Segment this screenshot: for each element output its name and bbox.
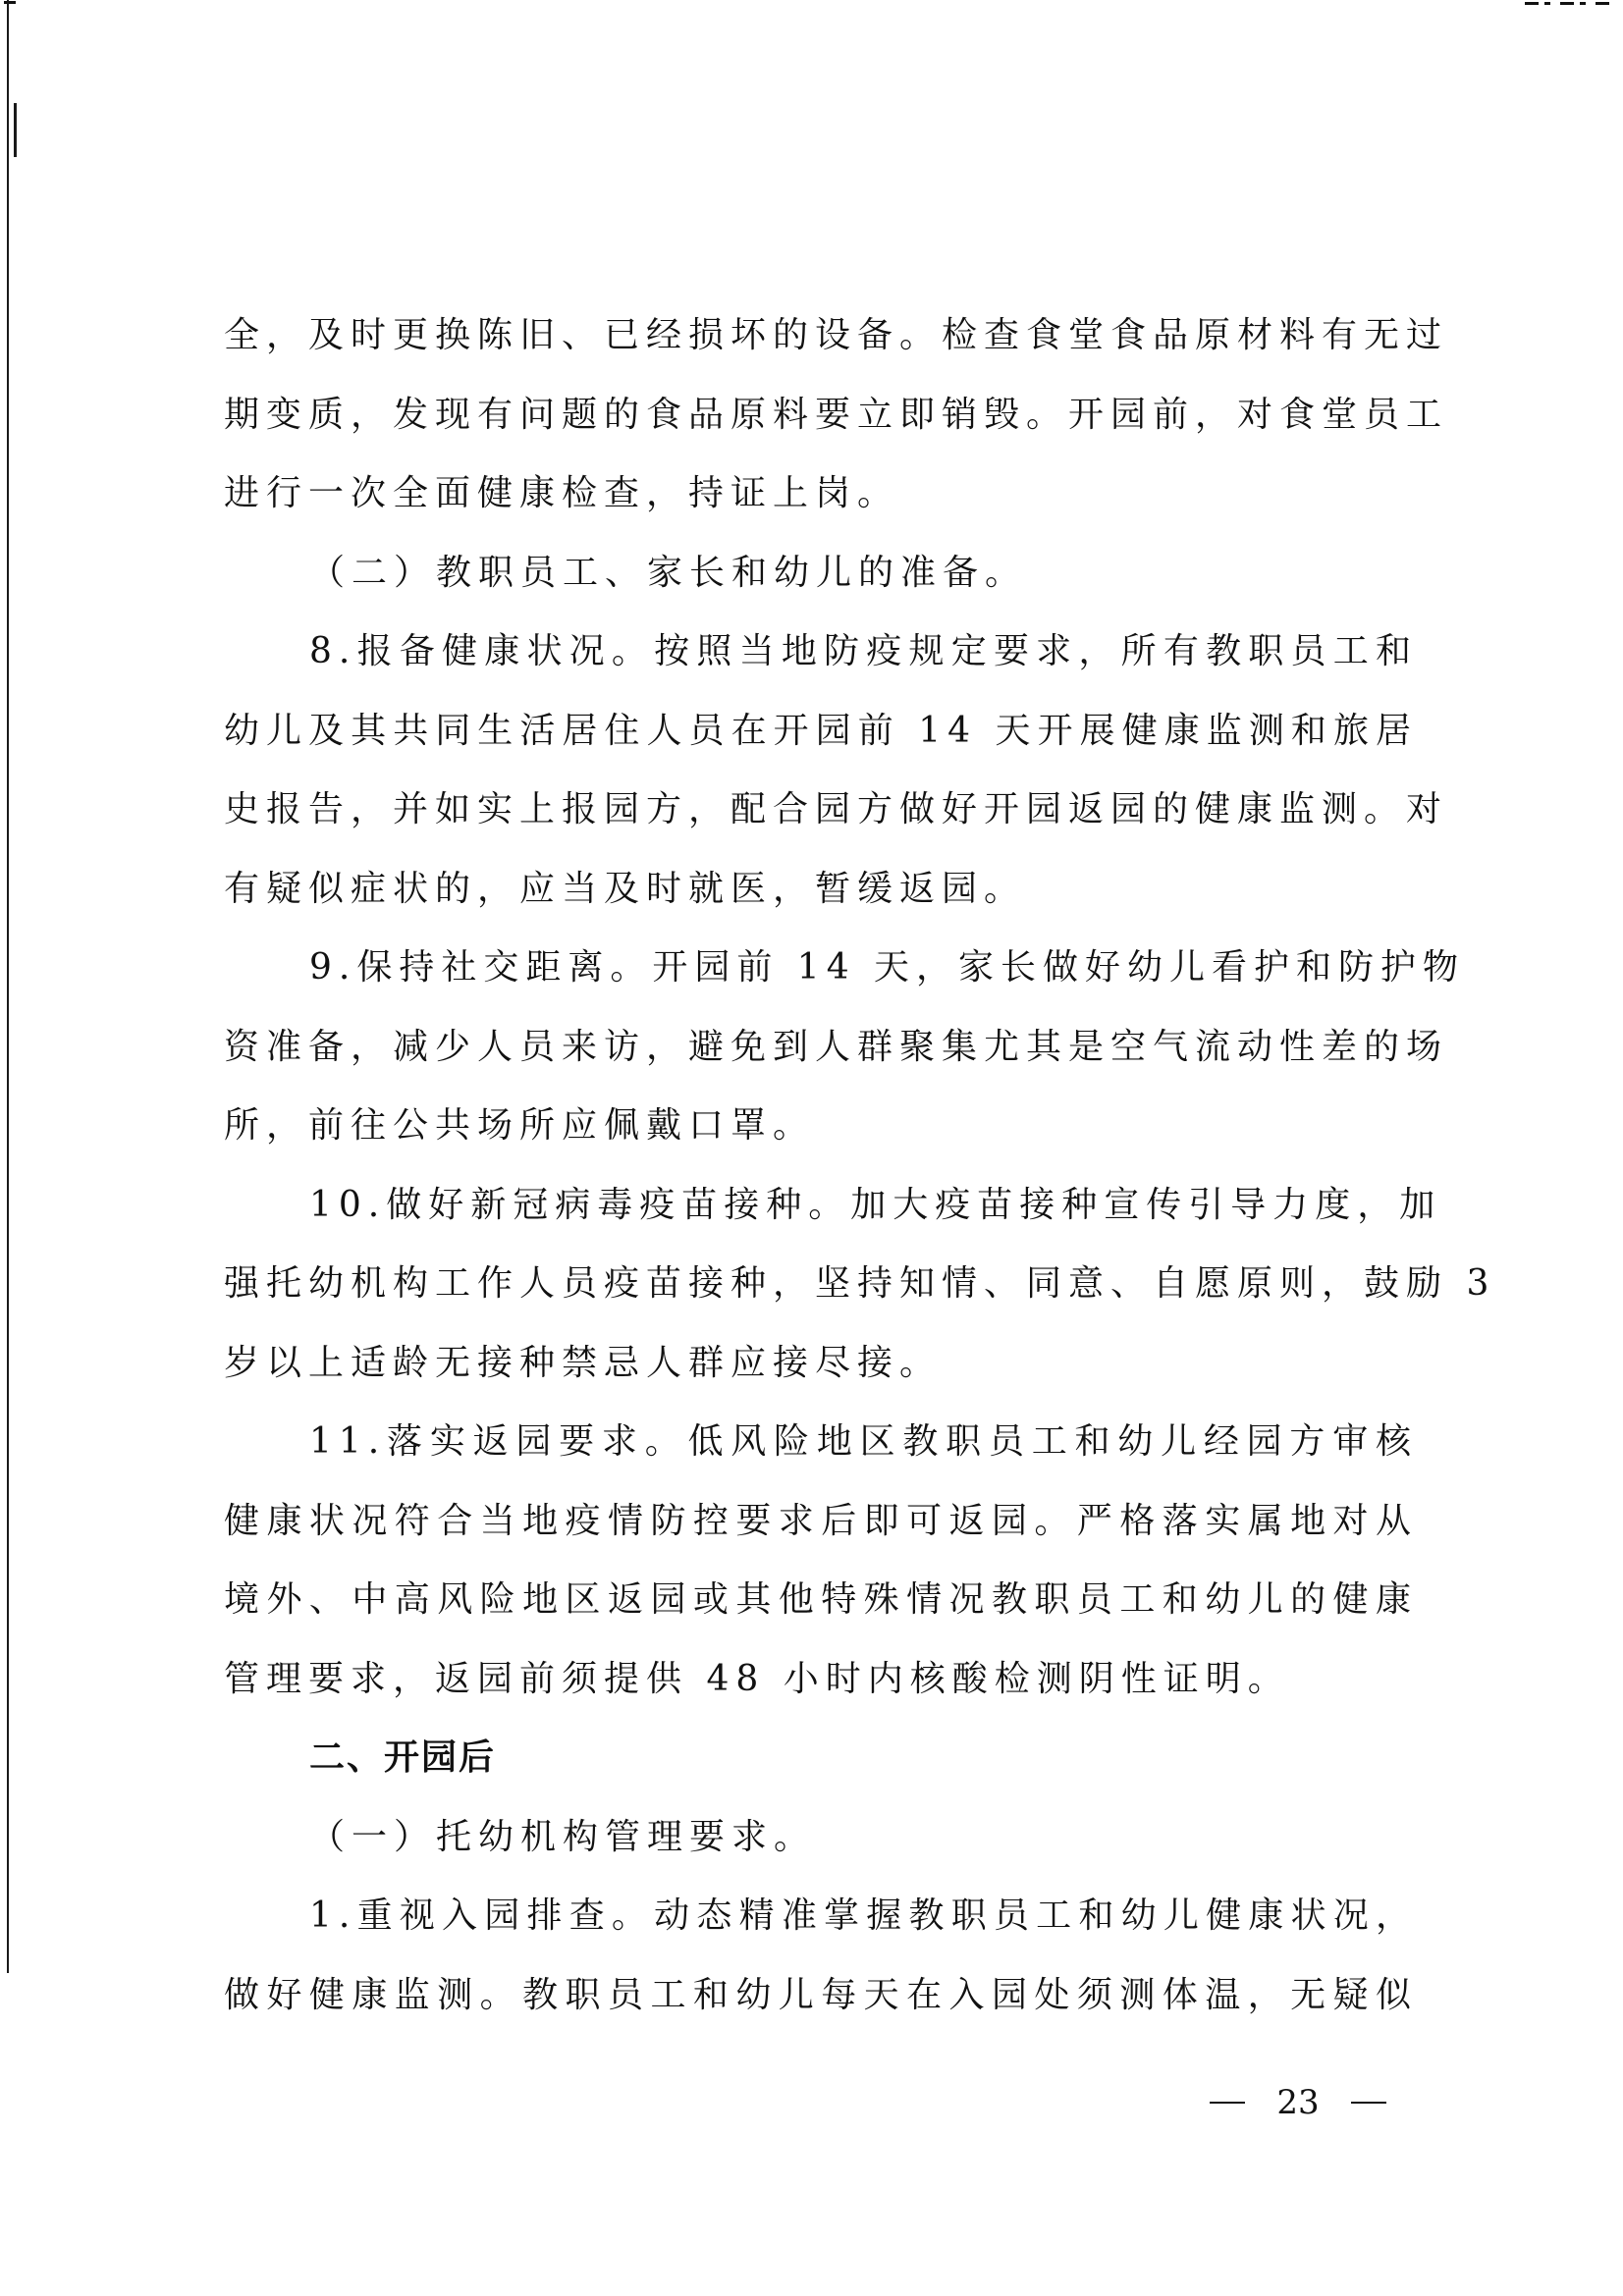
paragraph-line: 进行一次全面健康检查，持证上岗。 (224, 472, 1418, 515)
page-number: 23 (1210, 2083, 1386, 2122)
subheading-staff-parents-children-preparation: （二）教职员工、家长和幼儿的准备。 (309, 552, 1418, 595)
paragraph-line: 资准备，减少人员来访，避免到人群聚集尤其是空气流动性差的场 (224, 1026, 1418, 1069)
section-heading-after-opening: 二、开园后 (309, 1736, 1418, 1780)
item-11-return-requirements: 11.落实返园要求。低风险地区教职员工和幼儿经园方审核 (309, 1420, 1418, 1464)
paragraph-line: 健康状况符合当地疫情防控要求后即可返园。严格落实属地对从 (224, 1500, 1418, 1543)
page-number-dash-left (1210, 2102, 1245, 2104)
page-number-value: 23 (1276, 2083, 1319, 2122)
paragraph-line: 幼儿及其共同生活居住人员在开园前 14 天开展健康监测和旅居 (224, 710, 1418, 753)
scan-artifact-top-marks (1525, 2, 1613, 5)
paragraph-line: 境外、中高风险地区返园或其他特殊情况教职员工和幼儿的健康 (224, 1578, 1418, 1622)
item-1-entry-screening: 1.重视入园排查。动态精准掌握教职员工和幼儿健康状况， (309, 1895, 1418, 1938)
item-9-social-distancing: 9.保持社交距离。开园前 14 天，家长做好幼儿看护和防护物 (309, 946, 1418, 989)
paragraph-line: 全，及时更换陈旧、已经损坏的设备。检查食堂食品原材料有无过 (224, 314, 1418, 357)
paragraph-line: 有疑似症状的，应当及时就医，暂缓返园。 (224, 868, 1418, 911)
paragraph-line: 史报告，并如实上报园方，配合园方做好开园返园的健康监测。对 (224, 788, 1418, 831)
item-8-report-health-status: 8.报备健康状况。按照当地防疫规定要求，所有教职员工和 (309, 630, 1418, 673)
paragraph-line: 期变质，发现有问题的食品原料要立即销毁。开园前，对食堂员工 (224, 394, 1418, 437)
paragraph-line: 做好健康监测。教职员工和幼儿每天在入园处须测体温，无疑似 (224, 1974, 1418, 2017)
paragraph-line: 所，前往公共场所应佩戴口罩。 (224, 1104, 1418, 1148)
scan-binding-edge-mark (14, 103, 17, 157)
scan-binding-edge (7, 0, 9, 1973)
item-10-vaccination: 10.做好新冠病毒疫苗接种。加大疫苗接种宣传引导力度，加 (309, 1184, 1418, 1227)
subheading-institution-management: （一）托幼机构管理要求。 (309, 1816, 1418, 1859)
scan-artifact-corner (4, 1, 16, 4)
paragraph-line: 管理要求，返园前须提供 48 小时内核酸检测阴性证明。 (224, 1658, 1418, 1701)
page-number-dash-right (1351, 2102, 1386, 2104)
paragraph-line: 强托幼机构工作人员疫苗接种，坚持知情、同意、自愿原则，鼓励 3 (224, 1262, 1418, 1306)
paragraph-line: 岁以上适龄无接种禁忌人群应接尽接。 (224, 1342, 1418, 1385)
